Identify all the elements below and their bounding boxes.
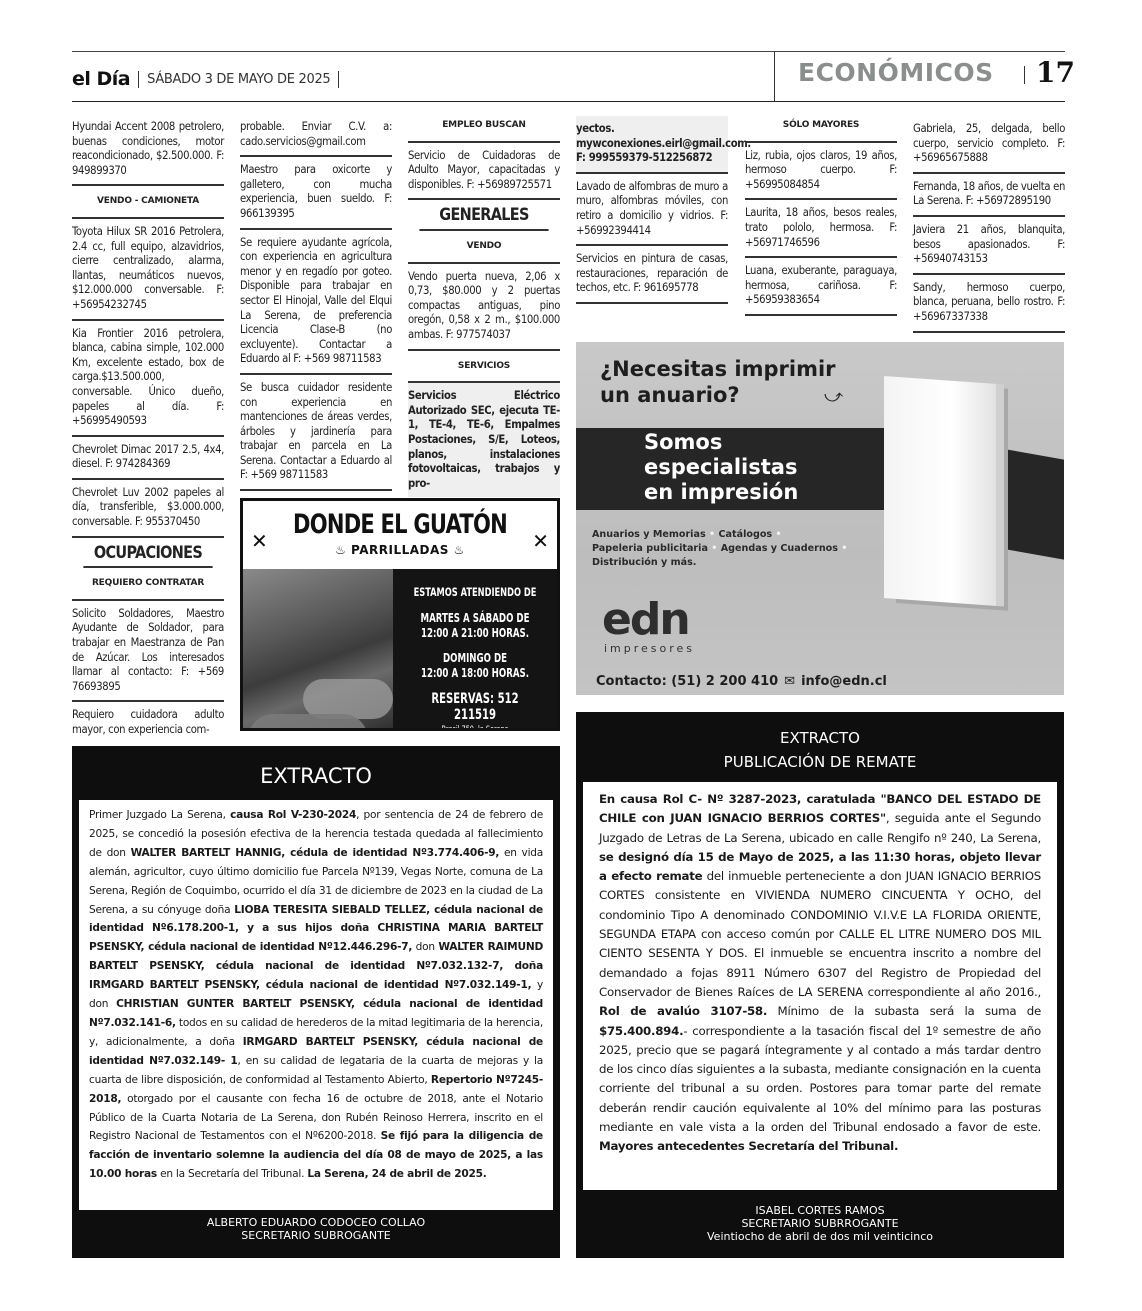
restaurant-advertisement: ✕ ✕ DONDE EL GUATÓN ♨ PARRILLADAS ♨ ESTA… (240, 498, 560, 731)
subsection-heading-vendo: VENDO (408, 231, 560, 264)
subsection-heading-requiero: REQUIERO CONTRATAR (72, 568, 224, 601)
classified-ad: Chevrolet Luv 2002 papeles al día, trans… (72, 480, 224, 538)
classified-ad: Solicito Soldadores, Maestro Ayudante de… (72, 601, 224, 703)
legal-notice-remate: EXTRACTO PUBLICACIÓN DE REMATE En causa … (576, 712, 1064, 1258)
newspaper-logo: el Día (72, 68, 130, 90)
notice-signature: ALBERTO EDUARDO CODOCEO COLLAO SECRETARI… (72, 1216, 560, 1242)
classified-ad: probable. Enviar C.V. a: cado.servicios@… (240, 114, 392, 157)
bullet-icon: • (841, 543, 847, 554)
page-number: 17 (1036, 56, 1075, 89)
hours-intro: ESTAMOS ATENDIENDO DE (409, 585, 540, 599)
legal-notice-extracto: EXTRACTO Primer Juzgado La Serena, causa… (72, 746, 560, 1258)
classified-ad-featured: Servicios Eléctrico Autorizado SEC, ejec… (408, 383, 560, 497)
sunday-hours: DOMINGO DE12:00 A 18:00 HORAS. (409, 651, 540, 681)
edition-date: SÁBADO 3 DE MAYO DE 2025 (147, 72, 330, 87)
classified-ad: Laurita, 18 años, besos reales, trato po… (745, 200, 897, 258)
signer-name: ALBERTO EDUARDO CODOCEO COLLAO (72, 1216, 560, 1229)
signer-role: SECRETARIO SUBRROGANTE (576, 1217, 1064, 1230)
classified-ad: Se busca cuidador residente con experien… (240, 375, 392, 491)
divider (1024, 66, 1025, 84)
masthead: el Día SÁBADO 3 DE MAYO DE 2025 (72, 64, 339, 94)
weekday-hours: MARTES A SÁBADO DE12:00 A 21:00 HORAS. (409, 611, 540, 641)
classified-ad: Fernanda, 18 años, de vuelta en La Seren… (913, 174, 1065, 217)
flame-icon: ♨ (335, 543, 351, 557)
subsection-heading-empleo: EMPLEO BUSCAN (408, 110, 560, 143)
meat-shape (303, 679, 393, 719)
classifieds-column-2: probable. Enviar C.V. a: cado.servicios@… (240, 114, 392, 491)
category-heading-generales: GENERALES (419, 200, 548, 231)
classifieds-column-5: SÓLO MAYORES Liz, rubia, ojos claros, 19… (745, 110, 897, 316)
edn-logo: edn (602, 598, 689, 642)
classified-ad: Requiero cuidadora adulto mayor, con exp… (72, 702, 224, 743)
classified-ad: Lavado de alfombras de muro a muro, alfo… (576, 174, 728, 246)
subsection-heading-solo-mayores: SÓLO MAYORES (745, 110, 897, 143)
restaurant-address: Brasil 750, la Serena (409, 725, 540, 731)
classifieds-column-6: Gabriela, 25, delgada, bello cuerpo, ser… (913, 116, 1065, 333)
classifieds-column-3: EMPLEO BUSCAN Servicio de Cuidadoras de … (408, 110, 560, 497)
subsection-heading-camioneta: VENDO - CAMIONETA (72, 186, 224, 219)
services-list: Anuarios y Memorias • Catálogos • Papele… (592, 528, 847, 570)
classified-ad: Chevrolet Dimac 2017 2.5, 4x4, diesel. F… (72, 437, 224, 480)
classified-ad: Gabriela, 25, delgada, bello cuerpo, ser… (913, 116, 1065, 174)
bullet-icon: • (709, 529, 715, 540)
classified-ad: Servicio de Cuidadoras de Adulto Mayor, … (408, 143, 560, 201)
subsection-heading-servicios: SERVICIOS (408, 351, 560, 384)
book-illustration (884, 376, 996, 606)
ad-question: ¿Necesitas imprimirun anuario? (600, 356, 836, 408)
printing-advertisement: ⤻ ¿Necesitas imprimirun anuario? Somoses… (576, 342, 1064, 695)
classified-ad: Sandy, hermoso cuerpo, blanca, peruana, … (913, 275, 1065, 333)
bullet-icon: • (711, 543, 717, 554)
classified-ad: Kia Frontier 2016 petrolera, blanca, cab… (72, 321, 224, 437)
envelope-icon: ✉ (784, 674, 795, 689)
reservation-phone: RESERVAS: 512 211519 (409, 691, 540, 723)
notice-signature: ISABEL CORTES RAMOS SECRETARIO SUBRROGAN… (576, 1204, 1064, 1243)
notice-title: EXTRACTO PUBLICACIÓN DE REMATE (576, 712, 1064, 774)
header-top-rule (72, 51, 1065, 52)
classified-ad: Servicios en pintura de casas, restaurac… (576, 246, 728, 304)
header-bottom-rule (72, 101, 1065, 102)
divider (138, 71, 139, 88)
classified-ad: Liz, rubia, ojos claros, 19 años, hermos… (745, 143, 897, 201)
restaurant-subtitle: ♨ PARRILLADAS ♨ (243, 543, 557, 557)
flame-icon: ♨ (449, 543, 465, 557)
contact-line: Contacto: (51) 2 200 410 ✉ info@edn.cl (596, 674, 887, 689)
hours-panel: ESTAMOS ATENDIENDO DE MARTES A SÁBADO DE… (393, 569, 557, 728)
edn-logo-subtitle: impresores (604, 642, 695, 655)
notice-body: En causa Rol C- Nº 3287-2023, caratulada… (583, 782, 1057, 1190)
classified-ad: Luana, exuberante, paraguaya, hermosa, c… (745, 258, 897, 316)
notice-title: EXTRACTO (72, 746, 560, 788)
classifieds-column-1: Hyundai Accent 2008 petrolero, buenas co… (72, 114, 224, 744)
divider (774, 51, 775, 101)
classified-ad: Vendo puerta nueva, 2,06 x 0,73, $80.000… (408, 264, 560, 351)
classifieds-column-4: yectos. mywconexiones.eirl@gmail.com. F:… (576, 116, 728, 304)
signature-date: Veintiocho de abril de dos mil veinticin… (576, 1230, 1064, 1243)
signer-name: ISABEL CORTES RAMOS (576, 1204, 1064, 1217)
category-heading-ocupaciones: OCUPACIONES (83, 538, 212, 569)
classified-ad-featured: yectos. mywconexiones.eirl@gmail.com. F:… (576, 116, 728, 174)
notice-body: Primer Juzgado La Serena, causa Rol V-23… (79, 800, 553, 1210)
ad-headline: Somosespecialistasen impresión (644, 430, 798, 505)
signer-role: SECRETARIO SUBROGANTE (72, 1229, 560, 1242)
classified-ad: Hyundai Accent 2008 petrolero, buenas co… (72, 114, 224, 186)
restaurant-name: DONDE EL GUATÓN (278, 509, 523, 540)
classified-ad: Toyota Hilux SR 2016 Petrolera, 2.4 cc, … (72, 219, 224, 321)
classified-ad: Se requiere ayudante agrícola, con exper… (240, 230, 392, 375)
meat-shape (248, 714, 368, 731)
classified-ad: Javiera 21 años, blanquita, besos apasio… (913, 217, 1065, 275)
divider (338, 71, 339, 88)
classified-ad: Maestro para oxicorte y galletero, con m… (240, 157, 392, 229)
bullet-icon: • (775, 529, 781, 540)
grill-photo (243, 569, 393, 731)
section-title: ECONÓMICOS (798, 58, 994, 87)
